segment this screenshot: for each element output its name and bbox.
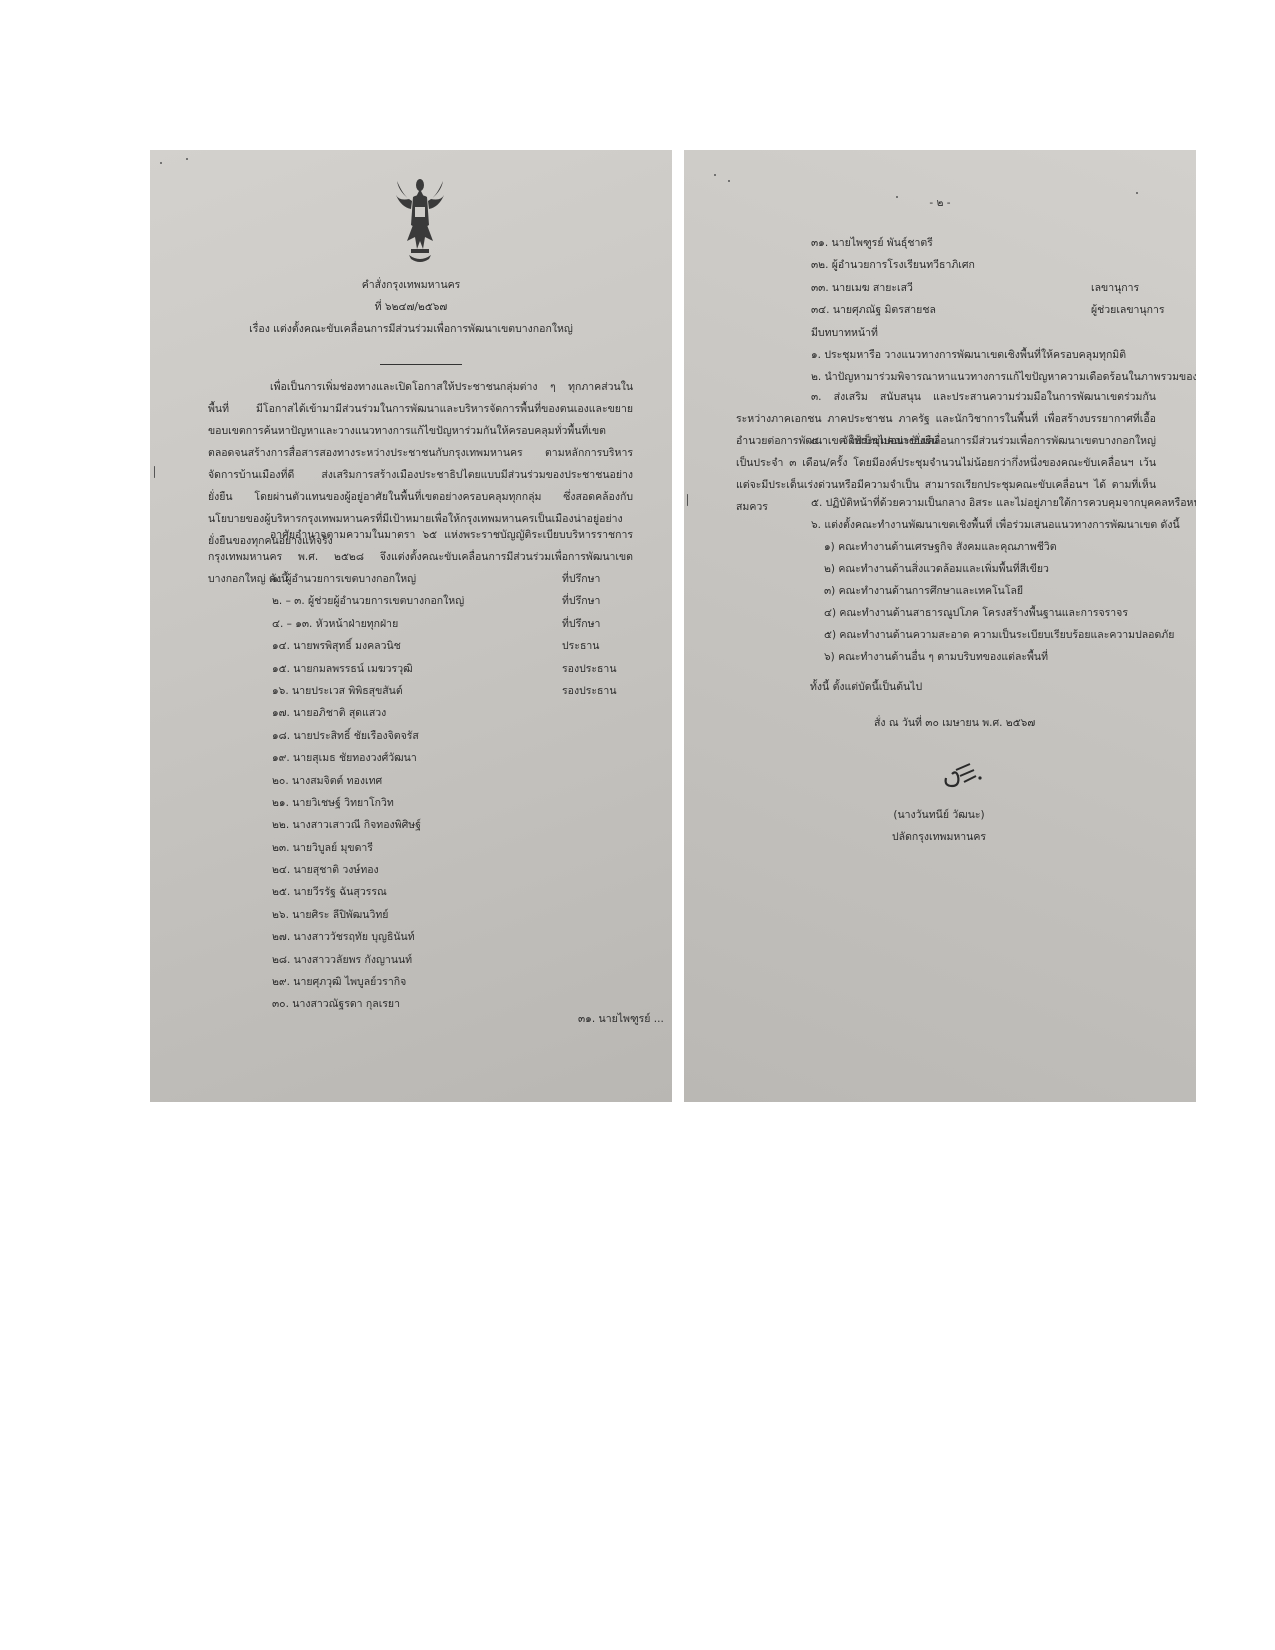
list-item: ๓๔. นายศุภณัฐ มิตรสายชลผู้ช่วยเลขานุการ — [811, 299, 975, 321]
working-group-item: ๔) คณะทำงานด้านสาธารณูปโภค โครงสร้างพื้น… — [824, 606, 1128, 620]
duty-item: ๒. นำปัญหามาร่วมพิจารณาหาแนวทางการแก้ไขป… — [811, 370, 1196, 384]
working-group-item: ๒) คณะทำงานด้านสิ่งแวดล้อมและเพิ่มพื้นที… — [824, 562, 1049, 576]
continuation-note: ๓๑. นายไพฑูรย์ ... — [578, 1012, 664, 1026]
list-item: ๒๖. นายศิระ ลีปิพัฒนวิทย์ — [272, 904, 464, 926]
garuda-emblem-icon — [395, 175, 445, 265]
list-item: ๒๔. นายสุชาติ วงษ์ทอง — [272, 859, 464, 881]
order-title: คำสั่งกรุงเทพมหานคร — [150, 278, 672, 292]
list-item: ๓๐. นางสาวณัฐรดา กุลเรยา — [272, 993, 464, 1015]
member-list-page2: ๓๑. นายไพฑูรย์ พันธุ์ชาตรี ๓๒. ผู้อำนวยก… — [811, 232, 975, 322]
list-item: ๑๖. นายประเวส พิพิธสุขสันต์รองประธาน — [272, 680, 464, 702]
speck — [160, 162, 162, 164]
list-item: ๑๕. นายกมลพรรธน์ เมฆวรวุฒิรองประธาน — [272, 658, 464, 680]
list-item: ๑. ผู้อำนวยการเขตบางกอกใหญ่ที่ปรึกษา — [272, 568, 464, 590]
signature-icon — [942, 756, 986, 790]
duties-heading: มีบทบาทหน้าที่ — [811, 326, 878, 340]
working-group-item: ๓) คณะทำงานด้านการศึกษาและเทคโนโลยี — [824, 584, 1023, 598]
order-date: สั่ง ณ วันที่ ๓๐ เมษายน พ.ศ. ๒๕๖๗ — [874, 716, 1035, 730]
speck — [714, 174, 716, 176]
list-item: ๑๔. นายพรพิสุทธิ์ มงคลวนิชประธาน — [272, 635, 464, 657]
document-page-2: - ๒ - ๓๑. นายไพฑูรย์ พันธุ์ชาตรี ๓๒. ผู้… — [684, 150, 1196, 1102]
list-item: ๑๙. นายสุเมธ ชัยทองวงศ์วัฒนา — [272, 747, 464, 769]
page-number: - ๒ - — [684, 196, 1196, 210]
list-item: ๒๐. นางสมจิตต์ ทองเทศ — [272, 770, 464, 792]
order-subject: เรื่อง แต่งตั้งคณะขับเคลื่อนการมีส่วนร่ว… — [150, 322, 672, 336]
speck — [896, 196, 898, 198]
effective-clause: ทั้งนี้ ตั้งแต่บัดนี้เป็นต้นไป — [810, 680, 922, 694]
speck — [687, 494, 688, 506]
working-group-item: ๖) คณะทำงานด้านอื่น ๆ ตามบริบทของแต่ละพื… — [824, 650, 1048, 664]
list-item: ๒๓. นายวิบูลย์ มุขดารี — [272, 837, 464, 859]
list-item: ๒๙. นายศุภวุฒิ ไพบูลย์วรากิจ — [272, 971, 464, 993]
list-item: ๓๑. นายไพฑูรย์ พันธุ์ชาตรี — [811, 232, 975, 254]
signer-name: (นางวันทนีย์ วัฒนะ) — [854, 808, 1024, 822]
document-page-1: คำสั่งกรุงเทพมหานคร ที่ ๖๒๔๗/๒๕๖๗ เรื่อง… — [150, 150, 672, 1102]
list-item: ๒๑. นายวิเชษฐ์ วิทยาโกวิท — [272, 792, 464, 814]
list-item: ๒. – ๓. ผู้ช่วยผู้อำนวยการเขตบางกอกใหญ่ท… — [272, 590, 464, 612]
signer-title: ปลัดกรุงเทพมหานคร — [854, 830, 1024, 844]
member-list-page1: ๑. ผู้อำนวยการเขตบางกอกใหญ่ที่ปรึกษา ๒. … — [272, 568, 464, 1016]
working-group-item: ๕) คณะทำงานด้านความสะอาด ความเป็นระเบียบ… — [824, 628, 1174, 642]
working-group-item: ๑) คณะทำงานด้านเศรษฐกิจ สังคมและคุณภาพชี… — [824, 540, 1057, 554]
order-number: ที่ ๖๒๔๗/๒๕๖๗ — [150, 300, 672, 314]
list-item: ๑๗. นายอภิชาติ สุดแสวง — [272, 702, 464, 724]
list-item: ๑๘. นายประสิทธิ์ ชัยเรืองจิตจรัส — [272, 725, 464, 747]
speck — [728, 180, 730, 182]
list-item: ๔. – ๑๓. หัวหน้าฝ่ายทุกฝ่ายที่ปรึกษา — [272, 613, 464, 635]
list-item: ๒๒. นางสาวเสาวณี กิจทองพิศิษฐ์ — [272, 814, 464, 836]
speck — [154, 466, 155, 478]
divider — [380, 364, 462, 365]
list-item: ๒๗. นางสาววัชรฤทัย บุญธินันท์ — [272, 926, 464, 948]
speck — [186, 158, 188, 160]
duty-item: ๖. แต่งตั้งคณะทำงานพัฒนาเขตเชิงพื้นที่ เ… — [811, 518, 1180, 532]
list-item: ๓๓. นายเมฆ สายะเสวีเลขานุการ — [811, 277, 975, 299]
duty-item: ๕. ปฏิบัติหน้าที่ด้วยความเป็นกลาง อิสระ … — [811, 496, 1196, 510]
list-item: ๒๕. นายวีรรัฐ ฉันสุวรรณ — [272, 881, 464, 903]
duty-item: ๑. ประชุมหารือ วางแนวทางการพัฒนาเขตเชิงพ… — [811, 348, 1126, 362]
list-item: ๒๘. นางสาววลัยพร กังญานนท์ — [272, 949, 464, 971]
list-item: ๓๒. ผู้อำนวยการโรงเรียนทวีธาภิเศก — [811, 254, 975, 276]
speck — [1136, 192, 1138, 194]
